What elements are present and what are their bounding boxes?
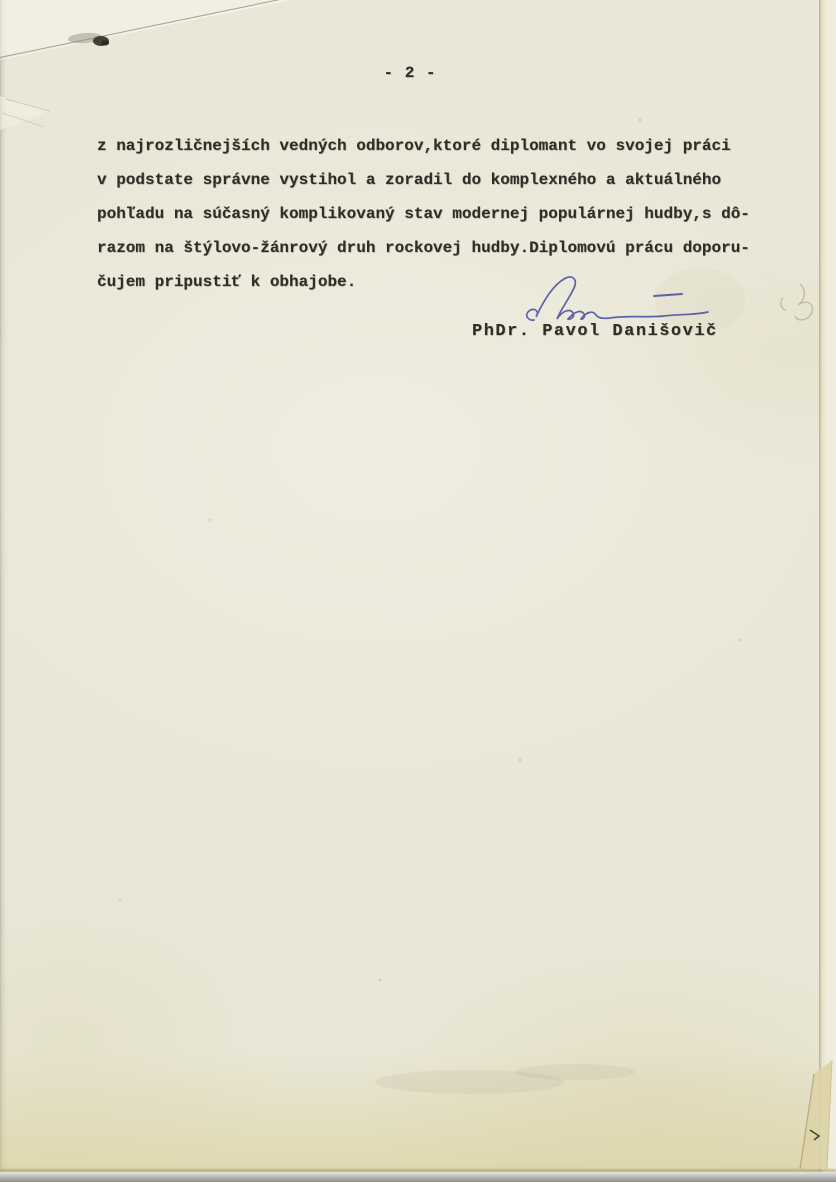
left-fold-line-1	[6, 99, 50, 111]
scanned-page: - 2 - z najrozličnejších vedných odborov…	[0, 0, 836, 1182]
signer-name: PhDr. Pavol Danišovič	[472, 322, 718, 341]
left-fold-line-2	[2, 113, 44, 127]
bottom-right-fold-mark	[810, 1130, 819, 1140]
page-number: - 2 -	[0, 64, 820, 82]
body-line-3: pohľadu na súčasný komplikovaný stav mod…	[97, 197, 750, 231]
ink-blot	[93, 36, 109, 46]
body-line-2: v podstate správne vystihol a zoradil do…	[97, 163, 750, 197]
bottom-right-fold-edge-1	[800, 1074, 814, 1169]
signature-dash	[654, 294, 682, 296]
corner-crease-highlight	[0, 0, 290, 58]
stain-bottom-2	[515, 1064, 635, 1080]
smudge-tail	[68, 32, 103, 44]
signature-stroke	[527, 277, 708, 320]
corner-crease-shine	[0, 0, 292, 60]
stain-bottom-1	[375, 1070, 565, 1094]
left-fold-highlight	[0, 96, 52, 130]
body-line-4: razom na štýlovo-žánrový druh rockovej h…	[97, 231, 750, 265]
ink-blot-core	[101, 41, 109, 46]
pencil-squiggle	[781, 284, 813, 320]
paper-right-edge	[819, 0, 836, 1172]
body-line-1: z najrozličnejších vedných odborov,ktoré…	[97, 129, 750, 163]
corner-crease-line	[0, 0, 292, 58]
scan-background-strip	[0, 1172, 836, 1182]
